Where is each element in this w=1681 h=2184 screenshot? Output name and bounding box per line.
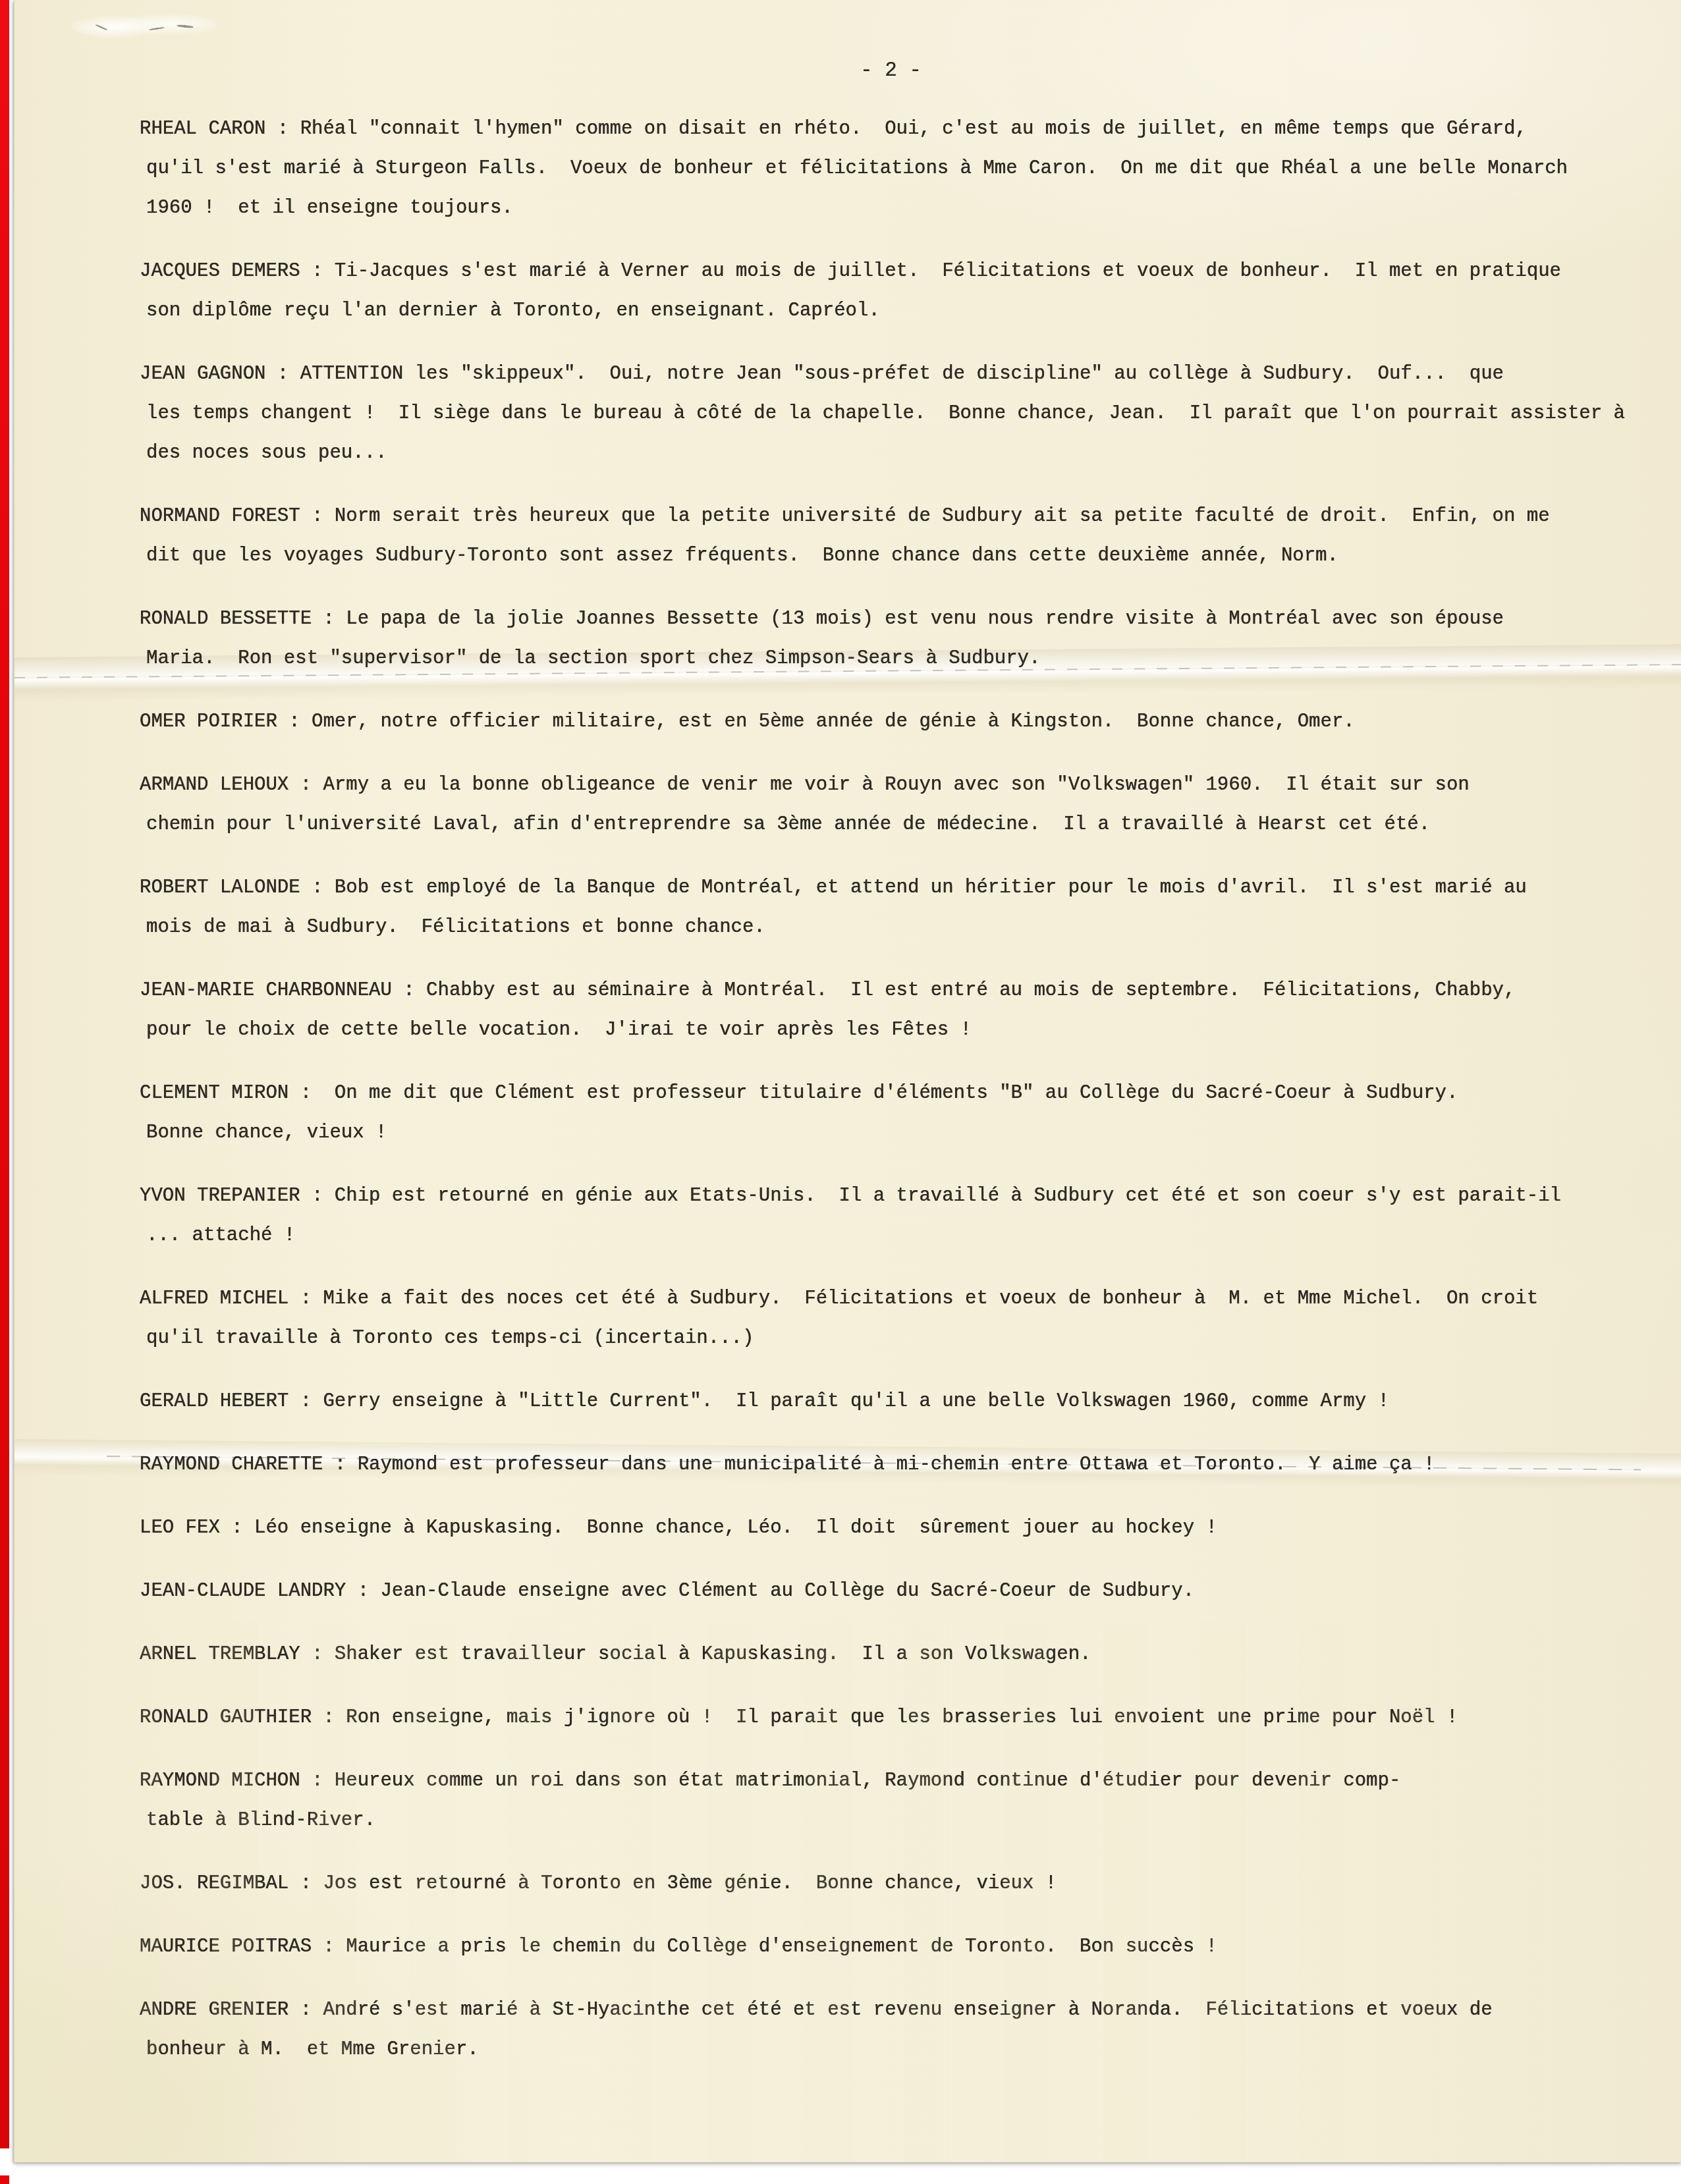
entry-paragraph: LEO FEX : Léo enseigne à Kapuskasing. Bo…	[140, 1508, 1622, 1548]
entries: RHEAL CARON : Rhéal "connait l'hymen" co…	[140, 109, 1622, 2093]
entry-line: ANDRE GRENIER : André s'est marié à St-H…	[140, 1990, 1622, 2030]
staple-scratch	[149, 26, 165, 30]
entry-line: des noces sous peu...	[140, 433, 1622, 473]
entry-paragraph: RAYMOND CHARETTE : Raymond est professeu…	[140, 1445, 1622, 1485]
entry-line: ARMAND LEHOUX : Army a eu la bonne oblig…	[140, 765, 1622, 805]
entry-line: ROBERT LALONDE : Bob est employé de la B…	[140, 868, 1622, 908]
entry-paragraph: RONALD GAUTHIER : Ron enseigne, mais j'i…	[140, 1698, 1622, 1737]
entry-paragraph: OMER POIRIER : Omer, notre officier mili…	[140, 702, 1622, 742]
entry-line: RAYMOND MICHON : Heureux comme un roi da…	[140, 1761, 1622, 1801]
entry-line: ALFRED MICHEL : Mike a fait des noces ce…	[140, 1279, 1622, 1319]
entry-line: RONALD BESSETTE : Le papa de la jolie Jo…	[140, 599, 1622, 639]
entry-line: Bonne chance, vieux !	[140, 1113, 1622, 1153]
entry-paragraph: YVON TREPANIER : Chip est retourné en gé…	[140, 1176, 1622, 1255]
entry-paragraph: JOS. REGIMBAL : Jos est retourné à Toron…	[140, 1864, 1622, 1903]
entry-line: CLEMENT MIRON : On me dit que Clément es…	[140, 1074, 1622, 1113]
entry-paragraph: GERALD HEBERT : Gerry enseigne à "Little…	[140, 1382, 1622, 1421]
entry-paragraph: ANDRE GRENIER : André s'est marié à St-H…	[140, 1990, 1622, 2069]
entry-line: dit que les voyages Sudbury-Toronto sont…	[140, 536, 1622, 576]
entry-line: NORMAND FOREST : Norm serait très heureu…	[140, 497, 1622, 536]
entry-line: ... attaché !	[140, 1216, 1622, 1255]
entry-line: JEAN GAGNON : ATTENTION les "skippeux". …	[140, 354, 1622, 394]
entry-paragraph: MAURICE POITRAS : Maurice a pris le chem…	[140, 1927, 1622, 1967]
staple-scratch	[95, 24, 107, 31]
entry-paragraph: JEAN GAGNON : ATTENTION les "skippeux". …	[140, 354, 1622, 473]
entry-line: JACQUES DEMERS : Ti-Jacques s'est marié …	[140, 252, 1622, 291]
entry-line: table à Blind-River.	[140, 1801, 1622, 1840]
entry-line: les temps changent ! Il siège dans le bu…	[140, 394, 1622, 433]
entry-line: qu'il s'est marié à Sturgeon Falls. Voeu…	[140, 149, 1622, 188]
entry-paragraph: JACQUES DEMERS : Ti-Jacques s'est marié …	[140, 252, 1622, 331]
page-number: - 2 -	[860, 59, 922, 82]
entry-paragraph: RHEAL CARON : Rhéal "connait l'hymen" co…	[140, 109, 1622, 228]
entry-line: Maria. Ron est "supervisor" de la sectio…	[140, 639, 1622, 678]
entry-line: qu'il travaille à Toronto ces temps-ci (…	[140, 1319, 1622, 1358]
entry-line: pour le choix de cette belle vocation. J…	[140, 1010, 1622, 1050]
entry-line: JEAN-MARIE CHARBONNEAU : Chabby est au s…	[140, 971, 1622, 1010]
entry-paragraph: ARMAND LEHOUX : Army a eu la bonne oblig…	[140, 765, 1622, 844]
entry-paragraph: ROBERT LALONDE : Bob est employé de la B…	[140, 868, 1622, 947]
entry-paragraph: RAYMOND MICHON : Heureux comme un roi da…	[140, 1761, 1622, 1840]
entry-paragraph: CLEMENT MIRON : On me dit que Clément es…	[140, 1074, 1622, 1153]
entry-line: JEAN-CLAUDE LANDRY : Jean-Claude enseign…	[140, 1571, 1622, 1611]
paper-sheet: - 2 - RHEAL CARON : Rhéal "connait l'hym…	[14, 0, 1681, 2162]
entry-paragraph: ALFRED MICHEL : Mike a fait des noces ce…	[140, 1279, 1622, 1358]
staple-scratch	[177, 24, 194, 29]
entry-line: son diplôme reçu l'an dernier à Toronto,…	[140, 291, 1622, 331]
entry-line: chemin pour l'université Laval, afin d'e…	[140, 805, 1622, 844]
staple-crease-mark	[71, 11, 216, 41]
binder-edge-stripe-fragment	[0, 2175, 9, 2184]
entry-paragraph: JEAN-MARIE CHARBONNEAU : Chabby est au s…	[140, 971, 1622, 1050]
entry-line: YVON TREPANIER : Chip est retourné en gé…	[140, 1176, 1622, 1216]
entry-line: RONALD GAUTHIER : Ron enseigne, mais j'i…	[140, 1698, 1622, 1737]
scanned-page: - 2 - RHEAL CARON : Rhéal "connait l'hym…	[0, 0, 1681, 2184]
entry-line: 1960 ! et il enseigne toujours.	[140, 188, 1622, 228]
entry-line: RAYMOND CHARETTE : Raymond est professeu…	[140, 1445, 1622, 1485]
entry-paragraph: RONALD BESSETTE : Le papa de la jolie Jo…	[140, 599, 1622, 678]
entry-line: OMER POIRIER : Omer, notre officier mili…	[140, 702, 1622, 742]
entry-line: ARNEL TREMBLAY : Shaker est travailleur …	[140, 1635, 1622, 1674]
entry-line: RHEAL CARON : Rhéal "connait l'hymen" co…	[140, 109, 1622, 149]
binder-edge-stripe	[0, 0, 9, 2148]
entry-line: MAURICE POITRAS : Maurice a pris le chem…	[140, 1927, 1622, 1967]
entry-paragraph: NORMAND FOREST : Norm serait très heureu…	[140, 497, 1622, 576]
entry-line: JOS. REGIMBAL : Jos est retourné à Toron…	[140, 1864, 1622, 1903]
entry-line: GERALD HEBERT : Gerry enseigne à "Little…	[140, 1382, 1622, 1421]
entry-paragraph: JEAN-CLAUDE LANDRY : Jean-Claude enseign…	[140, 1571, 1622, 1611]
entry-line: bonheur à M. et Mme Grenier.	[140, 2030, 1622, 2069]
entry-line: LEO FEX : Léo enseigne à Kapuskasing. Bo…	[140, 1508, 1622, 1548]
entry-paragraph: ARNEL TREMBLAY : Shaker est travailleur …	[140, 1635, 1622, 1674]
entry-line: mois de mai à Sudbury. Félicitations et …	[140, 908, 1622, 947]
